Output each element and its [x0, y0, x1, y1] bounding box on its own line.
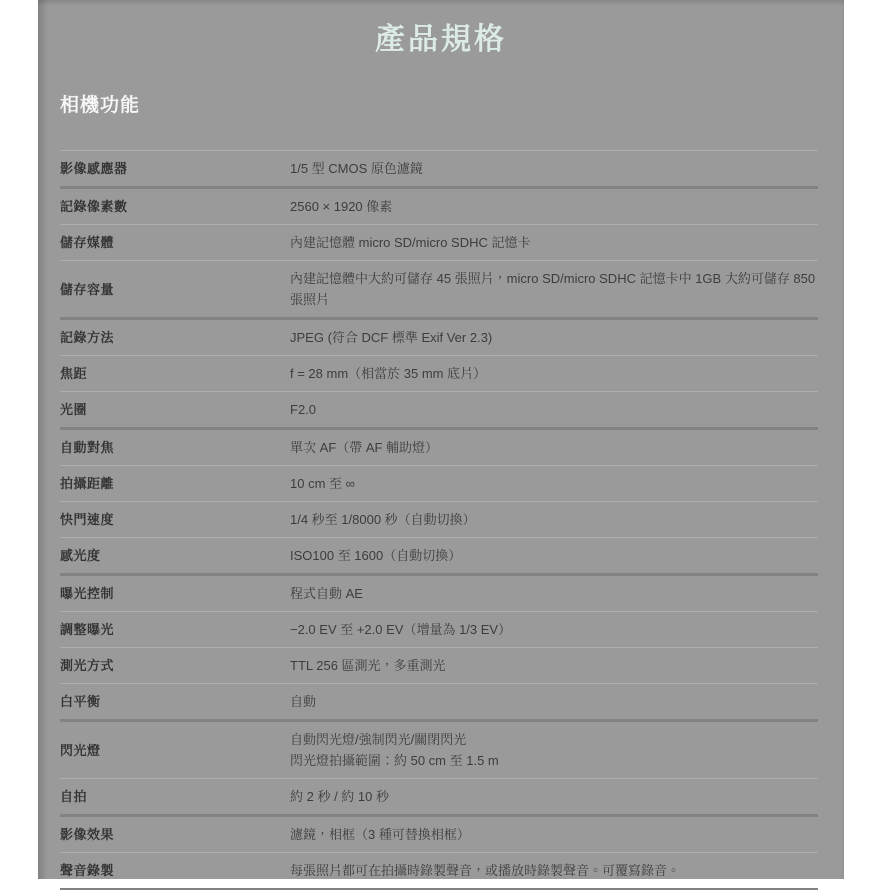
spec-value: 自動閃光燈/強制閃光/關閉閃光閃光燈拍攝範圍：約 50 cm 至 1.5 m [290, 729, 818, 771]
spec-label: 快門速度 [60, 509, 290, 530]
spec-value-line: 1/5 型 CMOS 原色濾鏡 [290, 158, 818, 179]
spec-row: 儲存媒體內建記憶體 micro SD/micro SDHC 記憶卡 [60, 224, 818, 260]
spec-label: 閃光燈 [60, 740, 290, 761]
spec-value: −2.0 EV 至 +2.0 EV（增量為 1/3 EV） [290, 619, 818, 640]
spec-row: 儲存容量內建記憶體中大約可儲存 45 張照片，micro SD/micro SD… [60, 260, 818, 317]
spec-value-line: F2.0 [290, 399, 818, 420]
spec-label: 自動對焦 [60, 437, 290, 458]
spec-value: 1/4 秒至 1/8000 秒（自動切換） [290, 509, 818, 530]
spec-value: 10 cm 至 ∞ [290, 473, 818, 494]
spec-row: 焦距f = 28 mm（相當於 35 mm 底片） [60, 355, 818, 391]
spec-value-line: 內建記憶體中大約可儲存 45 張照片，micro SD/micro SDHC 記… [290, 268, 818, 310]
spec-label: 曝光控制 [60, 583, 290, 604]
spec-row: 光圈F2.0 [60, 391, 818, 427]
spec-label: 聲音錄製 [60, 860, 290, 881]
spec-value-line: 內建記憶體 micro SD/micro SDHC 記憶卡 [290, 232, 818, 253]
spec-value: JPEG (符合 DCF 標準 Exif Ver 2.3) [290, 327, 818, 348]
spec-label: 感光度 [60, 545, 290, 566]
spec-value-line: 約 2 秒 / 約 10 秒 [290, 786, 818, 807]
spec-value: F2.0 [290, 399, 818, 420]
product-spec-image: 產品規格 相機功能 影像感應器1/5 型 CMOS 原色濾鏡記錄像素數2560 … [38, 0, 844, 879]
spec-value-line: f = 28 mm（相當於 35 mm 底片） [290, 363, 818, 384]
spec-value: 內建記憶體 micro SD/micro SDHC 記憶卡 [290, 232, 818, 253]
spec-label: 儲存媒體 [60, 232, 290, 253]
spec-row: 自動對焦單次 AF（帶 AF 輔助燈） [60, 427, 818, 465]
spec-value: TTL 256 區測光，多重測光 [290, 655, 818, 676]
spec-value-line: 閃光燈拍攝範圍：約 50 cm 至 1.5 m [290, 750, 818, 771]
spec-value: 自動 [290, 691, 818, 712]
spec-value: 單次 AF（帶 AF 輔助燈） [290, 437, 818, 458]
spec-row: 閃光燈自動閃光燈/強制閃光/關閉閃光閃光燈拍攝範圍：約 50 cm 至 1.5 … [60, 719, 818, 778]
spec-value: 1/5 型 CMOS 原色濾鏡 [290, 158, 818, 179]
page-title: 產品規格 [38, 14, 844, 58]
spec-value: f = 28 mm（相當於 35 mm 底片） [290, 363, 818, 384]
spec-label: 測光方式 [60, 655, 290, 676]
spec-label: 光圈 [60, 399, 290, 420]
spec-row: 快門速度1/4 秒至 1/8000 秒（自動切換） [60, 501, 818, 537]
spec-value: 內建記憶體中大約可儲存 45 張照片，micro SD/micro SDHC 記… [290, 268, 818, 310]
spec-label: 焦距 [60, 363, 290, 384]
spec-row: 曝光控制程式自動 AE [60, 573, 818, 611]
spec-value-line: −2.0 EV 至 +2.0 EV（增量為 1/3 EV） [290, 619, 818, 640]
spec-value: 程式自動 AE [290, 583, 818, 604]
spec-value-line: TTL 256 區測光，多重測光 [290, 655, 818, 676]
spec-label: 拍攝距離 [60, 473, 290, 494]
spec-row: 自拍約 2 秒 / 約 10 秒 [60, 778, 818, 814]
spec-row: 影像感應器1/5 型 CMOS 原色濾鏡 [60, 150, 818, 186]
section-heading: 相機功能 [60, 90, 140, 117]
spec-value-line: 1/4 秒至 1/8000 秒（自動切換） [290, 509, 818, 530]
spec-value-line: JPEG (符合 DCF 標準 Exif Ver 2.3) [290, 327, 818, 348]
spec-table: 影像感應器1/5 型 CMOS 原色濾鏡記錄像素數2560 × 1920 像素儲… [60, 150, 818, 882]
spec-label: 自拍 [60, 786, 290, 807]
spec-value-line: ISO100 至 1600（自動切換） [290, 545, 818, 566]
spec-row: 感光度ISO100 至 1600（自動切換） [60, 537, 818, 573]
spec-label: 記錄方法 [60, 327, 290, 348]
spec-value: 每張照片都可在拍攝時錄製聲音，或播放時錄製聲音。可覆寫錄音。 [290, 860, 818, 881]
spec-label: 影像效果 [60, 824, 290, 845]
spec-row: 影像效果濾鏡，相框（3 種可替換相框） [60, 814, 818, 852]
spec-row: 白平衡自動 [60, 683, 818, 719]
spec-row: 記錄像素數2560 × 1920 像素 [60, 186, 818, 224]
spec-row: 聲音錄製每張照片都可在拍攝時錄製聲音，或播放時錄製聲音。可覆寫錄音。 [60, 852, 818, 882]
spec-value-line: 10 cm 至 ∞ [290, 473, 818, 494]
spec-value-line: 2560 × 1920 像素 [290, 196, 818, 217]
spec-value: 濾鏡，相框（3 種可替換相框） [290, 824, 818, 845]
spec-label: 調整曝光 [60, 619, 290, 640]
spec-row: 記錄方法JPEG (符合 DCF 標準 Exif Ver 2.3) [60, 317, 818, 355]
spec-label: 記錄像素數 [60, 196, 290, 217]
spec-value: 約 2 秒 / 約 10 秒 [290, 786, 818, 807]
spec-label: 儲存容量 [60, 279, 290, 300]
spec-value-line: 自動閃光燈/強制閃光/關閉閃光 [290, 729, 818, 750]
spec-value: 2560 × 1920 像素 [290, 196, 818, 217]
spec-value-line: 濾鏡，相框（3 種可替換相框） [290, 824, 818, 845]
spec-row: 調整曝光−2.0 EV 至 +2.0 EV（增量為 1/3 EV） [60, 611, 818, 647]
spec-value-line: 自動 [290, 691, 818, 712]
spec-row: 拍攝距離10 cm 至 ∞ [60, 465, 818, 501]
spec-row: 測光方式TTL 256 區測光，多重測光 [60, 647, 818, 683]
spec-label: 白平衡 [60, 691, 290, 712]
spec-value-line: 每張照片都可在拍攝時錄製聲音，或播放時錄製聲音。可覆寫錄音。 [290, 860, 818, 881]
spec-value-line: 單次 AF（帶 AF 輔助燈） [290, 437, 818, 458]
spec-label: 影像感應器 [60, 158, 290, 179]
spec-value-line: 程式自動 AE [290, 583, 818, 604]
spec-value: ISO100 至 1600（自動切換） [290, 545, 818, 566]
